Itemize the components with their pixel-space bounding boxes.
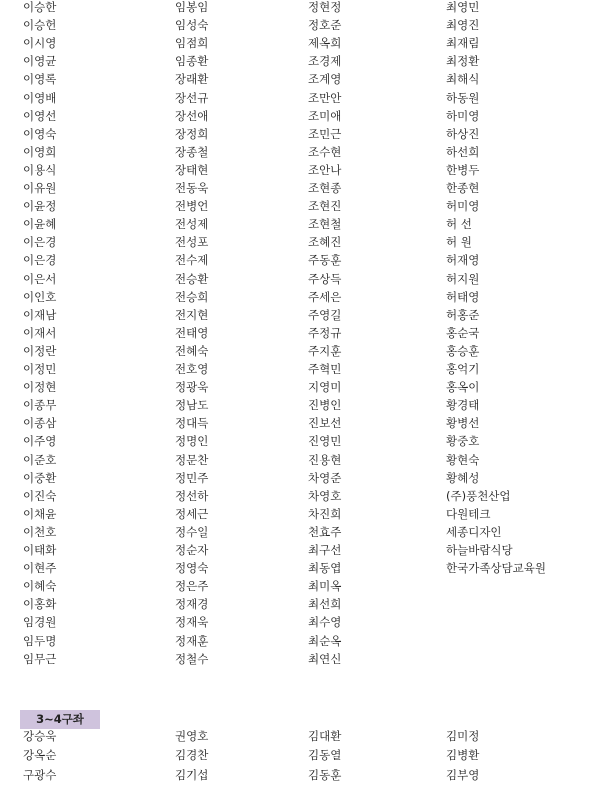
name-entry: 이진숙 xyxy=(23,487,56,505)
name-entry: 최연신 xyxy=(308,650,341,668)
name-entry: 허재영 xyxy=(446,251,479,269)
name-entry: 최수영 xyxy=(308,613,341,631)
name-entry: 한병두 xyxy=(446,161,479,179)
name-entry: 이혜숙 xyxy=(23,577,56,595)
name-entry: 전병언 xyxy=(175,197,208,215)
name-entry: 이중환 xyxy=(23,469,56,487)
name-entry: 이유원 xyxy=(23,179,56,197)
name-entry: 황현숙 xyxy=(446,451,479,469)
name-entry: 전승희 xyxy=(175,288,208,306)
name-entry: 임두명 xyxy=(23,632,56,650)
name-entry: 주정규 xyxy=(308,324,341,342)
name-entry: 임봉임 xyxy=(175,0,208,16)
name-entry: 정재경 xyxy=(175,595,208,613)
name-entry: 정광욱 xyxy=(175,378,208,396)
name-entry: 이현주 xyxy=(23,559,56,577)
name-entry: 조경제 xyxy=(308,52,341,70)
name-entry: 이영록 xyxy=(23,70,56,88)
name-entry: 정민주 xyxy=(175,469,208,487)
name-entry: 장정희 xyxy=(175,125,208,143)
name-entry: 이채윤 xyxy=(23,505,56,523)
name-entry: 하선희 xyxy=(446,143,479,161)
name-entry: 전태영 xyxy=(175,324,208,342)
name-entry: 정선하 xyxy=(175,487,208,505)
name-entry: 이승헌 xyxy=(23,16,56,34)
name-entry: 이천호 xyxy=(23,523,56,541)
name-entry: 하미영 xyxy=(446,107,479,125)
name-entry: 하동원 xyxy=(446,89,479,107)
name-entry: 진병인 xyxy=(308,396,341,414)
name-entry: 최순옥 xyxy=(308,632,341,650)
name-entry: 정호준 xyxy=(308,16,341,34)
name-entry: 정영숙 xyxy=(175,559,208,577)
name-entry: 구광수 xyxy=(23,766,56,784)
name-entry: 홍순국 xyxy=(446,324,479,342)
name-entry: 이주영 xyxy=(23,432,56,450)
name-entry: 차진희 xyxy=(308,505,341,523)
name-entry: 한종현 xyxy=(446,179,479,197)
name-entry: 이윤혜 xyxy=(23,215,56,233)
name-entry: 이정민 xyxy=(23,360,56,378)
name-entry: 이시영 xyxy=(23,34,56,52)
name-entry: 정문찬 xyxy=(175,451,208,469)
name-entry: 정대득 xyxy=(175,414,208,432)
name-entry: 임점희 xyxy=(175,34,208,52)
name-entry: 최선희 xyxy=(308,595,341,613)
name-entry: 주혁민 xyxy=(308,360,341,378)
name-entry: 이용식 xyxy=(23,161,56,179)
name-entry: 정세근 xyxy=(175,505,208,523)
name-entry: 황중호 xyxy=(446,432,479,450)
name-entry: 주동훈 xyxy=(308,251,341,269)
name-entry: 전성포 xyxy=(175,233,208,251)
name-entry: 이정현 xyxy=(23,378,56,396)
name-entry: 정순자 xyxy=(175,541,208,559)
name-entry: 조안나 xyxy=(308,161,341,179)
name-entry: 장래환 xyxy=(175,70,208,88)
name-entry: 임종환 xyxy=(175,52,208,70)
name-entry: 정수일 xyxy=(175,523,208,541)
name-entry: 이은경 xyxy=(23,233,56,251)
name-entry: 이은경 xyxy=(23,251,56,269)
name-entry: 김부영 xyxy=(446,766,479,784)
name-entry: 조수현 xyxy=(308,143,341,161)
name-entry: 진영민 xyxy=(308,432,341,450)
name-entry: 홍옥이 xyxy=(446,378,479,396)
name-entry: 최구선 xyxy=(308,541,341,559)
name-entry: 조만안 xyxy=(308,89,341,107)
name-entry: 정남도 xyxy=(175,396,208,414)
name-entry: 정재훈 xyxy=(175,632,208,650)
name-entry: 이윤정 xyxy=(23,197,56,215)
name-entry: 조미애 xyxy=(308,107,341,125)
name-entry: 이영숙 xyxy=(23,125,56,143)
name-entry: 다원테크 xyxy=(446,505,490,523)
name-entry: 정명인 xyxy=(175,432,208,450)
name-entry: 김미정 xyxy=(446,727,479,745)
name-entry: 최동엽 xyxy=(308,559,341,577)
name-entry: 정은주 xyxy=(175,577,208,595)
name-entry: 황병선 xyxy=(446,414,479,432)
name-entry: 이은서 xyxy=(23,270,56,288)
name-entry: 허 원 xyxy=(446,233,472,251)
name-entry: 장태현 xyxy=(175,161,208,179)
name-entry: 김병환 xyxy=(446,746,479,764)
name-entry: 이태화 xyxy=(23,541,56,559)
name-entry: 전호영 xyxy=(175,360,208,378)
name-entry: 조현종 xyxy=(308,179,341,197)
name-entry: 최미옥 xyxy=(308,577,341,595)
name-entry: 이영배 xyxy=(23,89,56,107)
name-entry: 조현철 xyxy=(308,215,341,233)
name-entry: 홍억기 xyxy=(446,360,479,378)
name-entry: 허태영 xyxy=(446,288,479,306)
name-entry: 홍승훈 xyxy=(446,342,479,360)
name-entry: 김기섭 xyxy=(175,766,208,784)
name-entry: 천효주 xyxy=(308,523,341,541)
name-entry: 이재서 xyxy=(23,324,56,342)
name-entry: 주영길 xyxy=(308,306,341,324)
name-entry: 권영호 xyxy=(175,727,208,745)
name-entry: 차영호 xyxy=(308,487,341,505)
name-entry: 전수제 xyxy=(175,251,208,269)
name-entry: 임무근 xyxy=(23,650,56,668)
name-entry: 정철수 xyxy=(175,650,208,668)
name-entry: 최정환 xyxy=(446,52,479,70)
name-entry: 임성숙 xyxy=(175,16,208,34)
name-entry: 전지현 xyxy=(175,306,208,324)
name-entry: 김대환 xyxy=(308,727,341,745)
name-entry: 최재림 xyxy=(446,34,479,52)
name-entry: 주세은 xyxy=(308,288,341,306)
name-entry: 전혜숙 xyxy=(175,342,208,360)
name-entry: 조민근 xyxy=(308,125,341,143)
name-entry: 장선규 xyxy=(175,89,208,107)
name-entry: 이종무 xyxy=(23,396,56,414)
name-entry: 이홍화 xyxy=(23,595,56,613)
name-entry: 진보선 xyxy=(308,414,341,432)
name-entry: 허지원 xyxy=(446,270,479,288)
name-entry: 전동욱 xyxy=(175,179,208,197)
name-entry: 지영미 xyxy=(308,378,341,396)
name-entry: 이정란 xyxy=(23,342,56,360)
name-entry: 이재남 xyxy=(23,306,56,324)
name-entry: 차영준 xyxy=(308,469,341,487)
name-entry: 장선애 xyxy=(175,107,208,125)
name-entry: 제옥희 xyxy=(308,34,341,52)
name-entry: 김동열 xyxy=(308,746,341,764)
name-entry: 한국가족상담교육원 xyxy=(446,559,546,577)
name-entry: 조혜진 xyxy=(308,233,341,251)
name-entry: 이영희 xyxy=(23,143,56,161)
name-entry: 이인호 xyxy=(23,288,56,306)
name-entry: 김동훈 xyxy=(308,766,341,784)
name-entry: 허미영 xyxy=(446,197,479,215)
name-entry: 허홍준 xyxy=(446,306,479,324)
name-entry: 정재욱 xyxy=(175,613,208,631)
name-entry: 최영진 xyxy=(446,16,479,34)
name-entry: 정현정 xyxy=(308,0,341,16)
name-entry: 조계영 xyxy=(308,70,341,88)
name-entry: 장종철 xyxy=(175,143,208,161)
name-entry: 하늘바람식당 xyxy=(446,541,513,559)
name-entry: 강승욱 xyxy=(23,727,56,745)
name-entry: 진용현 xyxy=(308,451,341,469)
name-entry: 최영민 xyxy=(446,0,479,16)
name-entry: 이종삼 xyxy=(23,414,56,432)
name-entry: 최해식 xyxy=(446,70,479,88)
name-entry: 이영균 xyxy=(23,52,56,70)
name-entry: 주지훈 xyxy=(308,342,341,360)
name-entry: 이준호 xyxy=(23,451,56,469)
name-entry: 주상득 xyxy=(308,270,341,288)
name-entry: 세종디자인 xyxy=(446,523,502,541)
name-entry: 황혜성 xyxy=(446,469,479,487)
name-entry: 김경찬 xyxy=(175,746,208,764)
name-entry: 이영선 xyxy=(23,107,56,125)
name-entry: (주)풍천산업 xyxy=(446,487,511,505)
name-entry: 전성제 xyxy=(175,215,208,233)
name-entry: 하상진 xyxy=(446,125,479,143)
name-entry: 황경태 xyxy=(446,396,479,414)
name-entry: 허 선 xyxy=(446,215,472,233)
name-entry: 조현진 xyxy=(308,197,341,215)
name-entry: 전승환 xyxy=(175,270,208,288)
name-entry: 이승한 xyxy=(23,0,56,16)
name-entry: 강옥순 xyxy=(23,746,56,764)
name-entry: 임경원 xyxy=(23,613,56,631)
